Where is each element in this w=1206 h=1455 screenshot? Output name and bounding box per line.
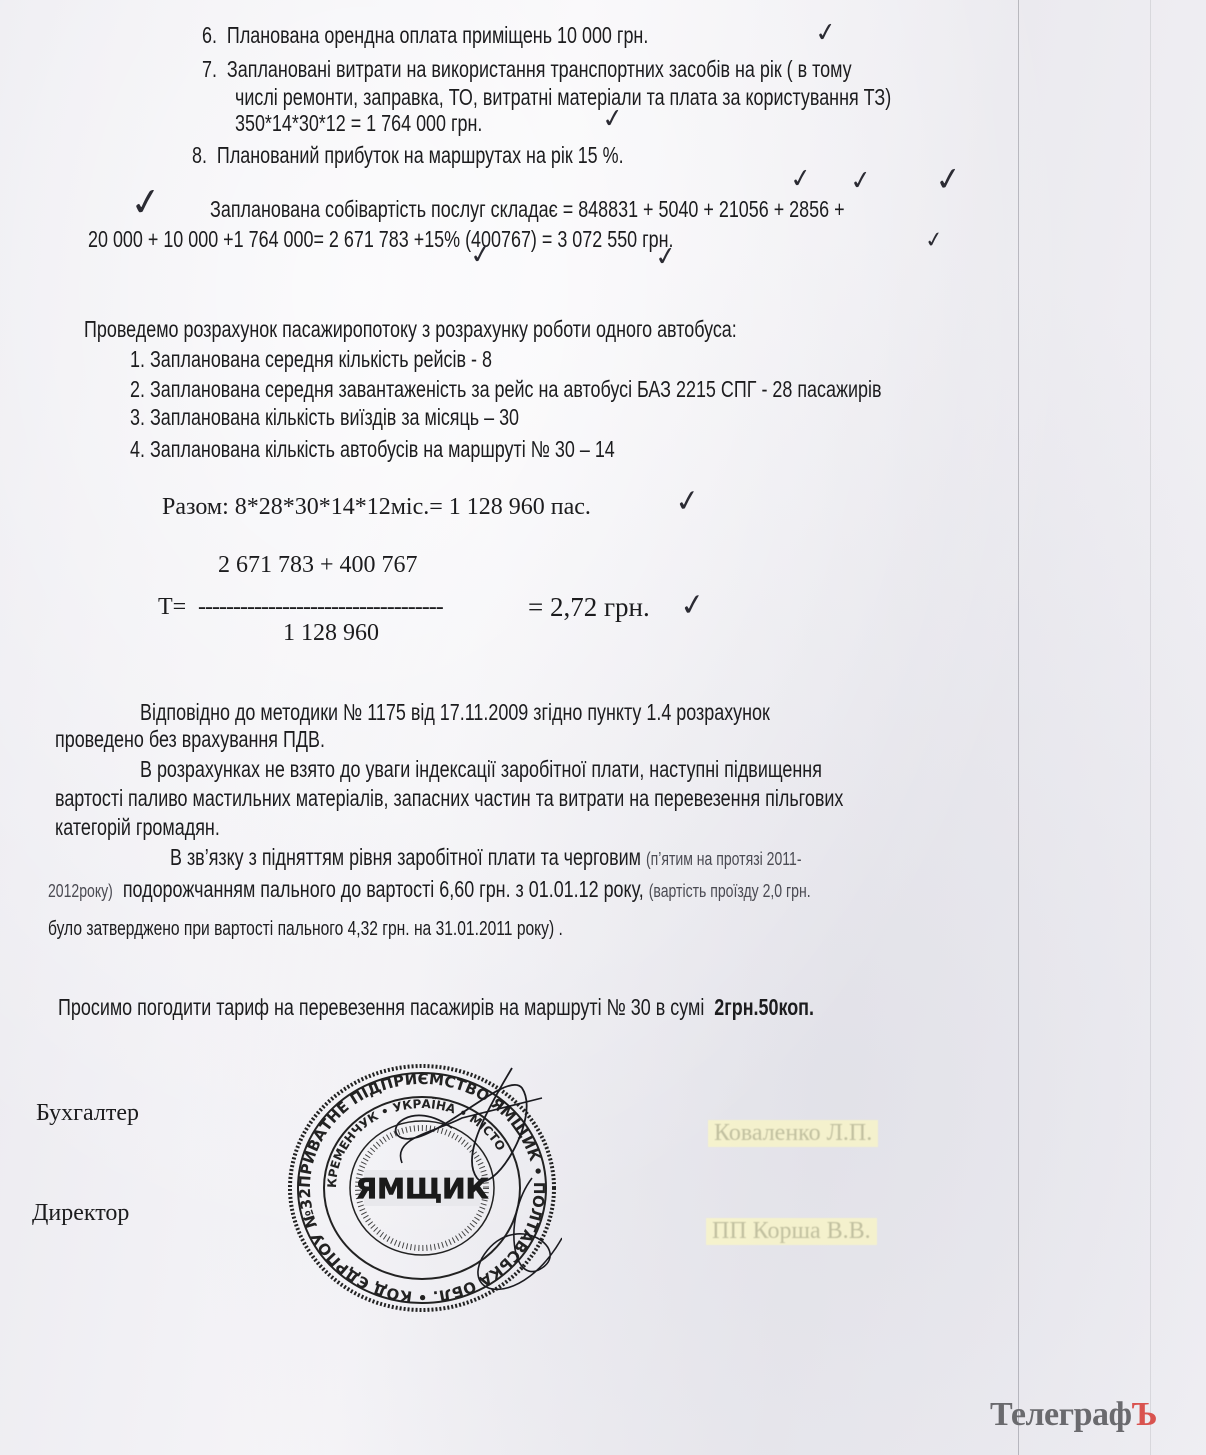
signature-name-director: ПП Корша В.В. bbox=[706, 1218, 877, 1245]
passenger-item: 4. Запланована кількість автобусів на ма… bbox=[130, 436, 615, 463]
passenger-item: 3. Запланована кількість виїздів за міся… bbox=[130, 404, 519, 431]
signature-name-accountant: Коваленко Л.П. bbox=[708, 1120, 878, 1147]
list-item-8: 8. Планований прибуток на маршрутах на р… bbox=[192, 142, 624, 169]
formula-lhs: T= bbox=[158, 594, 186, 621]
check-mark-icon: ✓ bbox=[923, 227, 945, 254]
methodology-paragraph-cont: проведено без врахування ПДВ. bbox=[55, 726, 325, 753]
cost-line-2: 20 000 + 10 000 +1 764 000= 2 671 783 +1… bbox=[88, 226, 674, 253]
fuel-paragraph: В зв’язку з підняттям рівня заробітної п… bbox=[170, 844, 802, 871]
exclusions-paragraph-end: категорій громадян. bbox=[55, 814, 220, 841]
total-passengers: Разом: 8*28*30*14*12міс.= 1 128 960 пас. bbox=[162, 494, 591, 521]
formula-denominator: 1 128 960 bbox=[283, 620, 379, 647]
check-mark-icon: ✓ bbox=[653, 241, 679, 274]
formula-numerator: 2 671 783 + 400 767 bbox=[218, 552, 418, 579]
check-mark-icon: ✓ bbox=[127, 178, 165, 226]
tariff-request: Просимо погодити тариф на перевезення па… bbox=[58, 994, 814, 1021]
company-stamp-icon: ПРИВАТНЕ ПІДПРИЄМСТВО ЯМЩИК • ПОЛТАВСЬКА… bbox=[282, 1058, 562, 1318]
check-mark-icon: ✓ bbox=[673, 482, 703, 520]
check-mark-icon: ✓ bbox=[600, 103, 626, 136]
list-item-7-cont: числі ремонти, заправка, ТО, витратні ма… bbox=[235, 84, 891, 111]
passenger-intro: Проведемо розрахунок пасажиропотоку з ро… bbox=[84, 316, 737, 343]
methodology-paragraph: Відповідно до методики № 1175 від 17.11.… bbox=[140, 699, 770, 726]
passenger-item: 2. Запланована середня завантаженість за… bbox=[130, 376, 882, 403]
cost-line-1: Запланована собівартість послуг складає … bbox=[210, 196, 845, 223]
passenger-item: 1. Запланована середня кількість рейсів … bbox=[130, 346, 492, 373]
check-mark-icon: ✓ bbox=[848, 165, 874, 198]
check-mark-icon: ✓ bbox=[788, 163, 814, 196]
formula-fraction-bar: ----------------------------------- bbox=[198, 594, 443, 621]
list-item-6: 6. Планована орендна оплата приміщень 10… bbox=[202, 22, 648, 49]
signature-role-director: Директор bbox=[32, 1200, 129, 1227]
fuel-paragraph-end: було затверджено при вартості пального 4… bbox=[48, 918, 563, 941]
document-page: 6. Планована орендна оплата приміщень 10… bbox=[0, 0, 1206, 1455]
check-mark-icon: ✓ bbox=[678, 586, 708, 624]
svg-text:ЯМЩИК: ЯМЩИК bbox=[356, 1172, 489, 1205]
check-mark-icon: ✓ bbox=[813, 17, 839, 50]
check-mark-icon: ✓ bbox=[932, 158, 964, 199]
exclusions-paragraph: В розрахунках не взято до уваги індексац… bbox=[140, 756, 822, 783]
list-item-7: 7. Заплановані витрати на використання т… bbox=[202, 56, 852, 83]
fuel-paragraph-cont: 2012року) подорожчанням пального до варт… bbox=[48, 876, 811, 903]
telegraf-watermark-logo: ТелеграфЪ bbox=[990, 1396, 1157, 1434]
check-mark-icon: ✓ bbox=[468, 239, 494, 272]
signature-role-accountant: Бухгалтер bbox=[36, 1100, 139, 1127]
formula-result: = 2,72 грн. bbox=[528, 592, 650, 623]
list-item-7-calc: 350*14*30*12 = 1 764 000 грн. bbox=[235, 110, 482, 137]
exclusions-paragraph-cont: вартості паливо мастильних матеріалів, з… bbox=[55, 785, 843, 812]
